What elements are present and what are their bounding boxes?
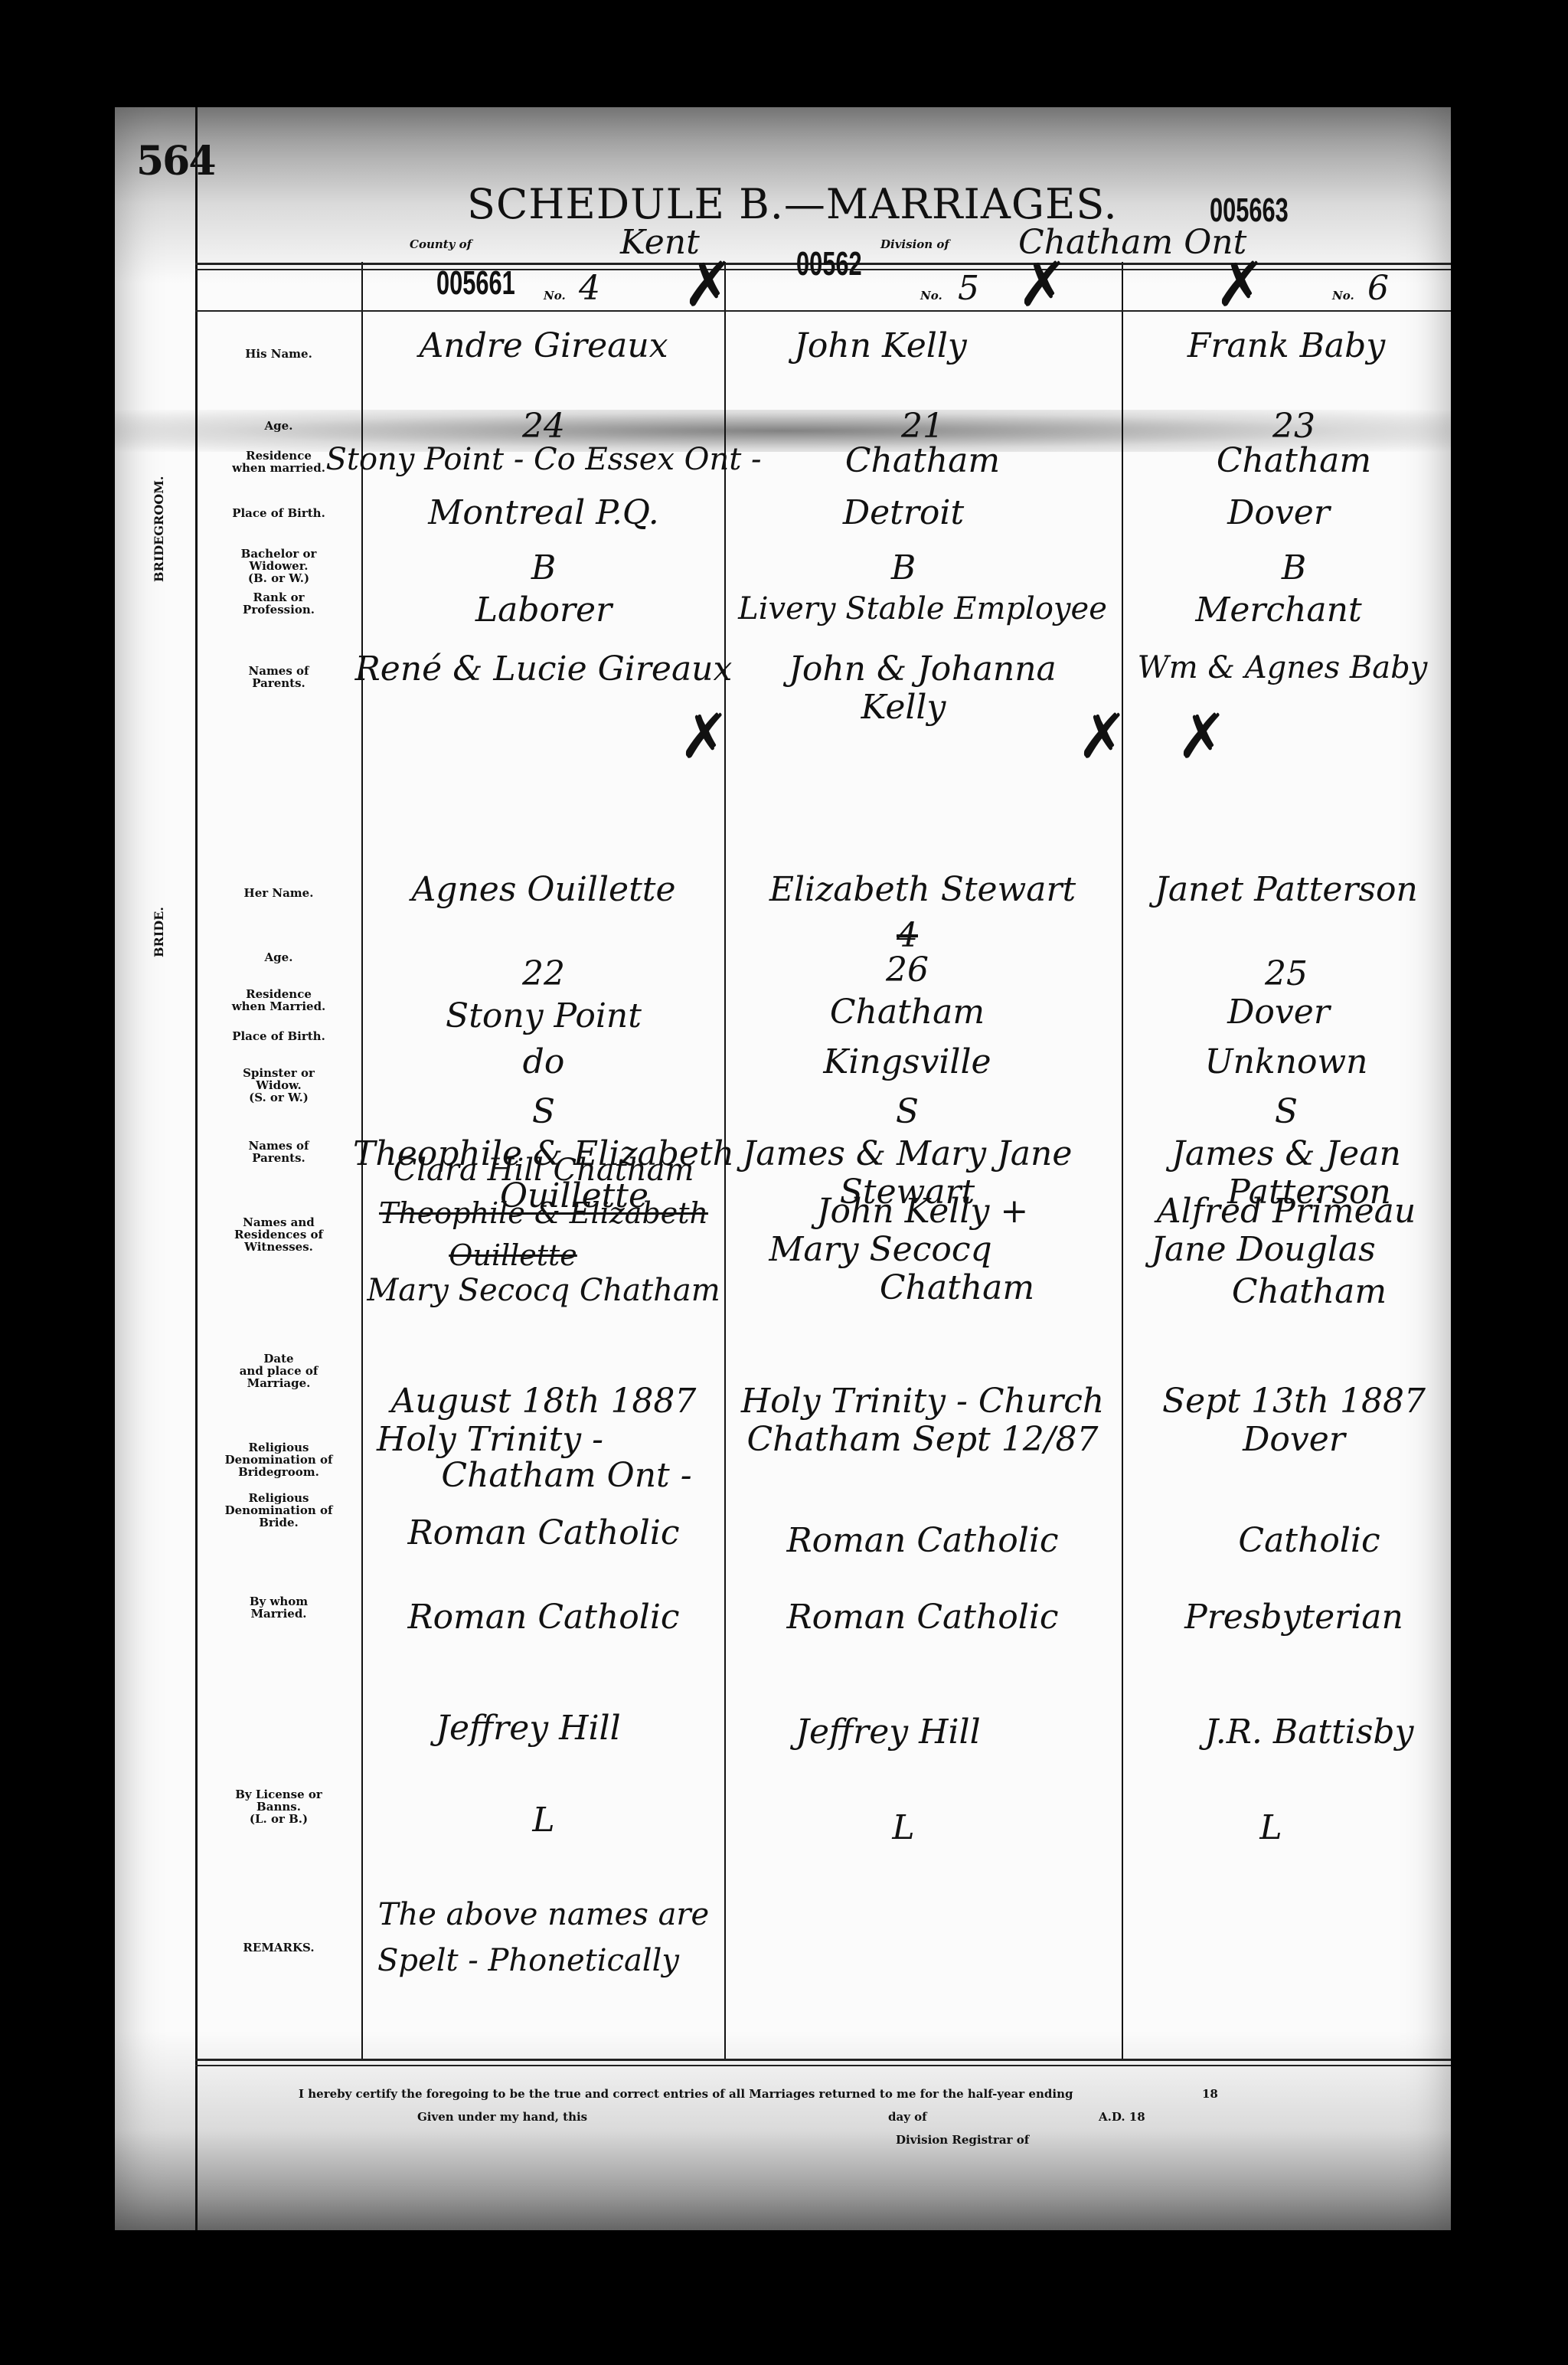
no-label-1: No. bbox=[544, 289, 566, 303]
r2-bride-status: S bbox=[896, 1095, 919, 1129]
r1-date-3: Chatham Ont - bbox=[441, 1459, 691, 1493]
check-mark-3: ✗ bbox=[1214, 249, 1266, 320]
r1-bride-religion: Roman Catholic bbox=[407, 1601, 679, 1634]
column-rule-2 bbox=[1122, 262, 1123, 2059]
r1-groom-residence: Stony Point - Co Essex Ont - bbox=[325, 444, 761, 475]
r3-her-name: Janet Patterson bbox=[1155, 873, 1418, 907]
r1-date-1: August 18th 1887 bbox=[391, 1385, 697, 1418]
r2-her-name: Elizabeth Stewart bbox=[769, 873, 1076, 907]
r1-groom-status: B bbox=[531, 551, 556, 585]
r1-her-name: Agnes Ouillette bbox=[412, 873, 676, 907]
r3-bride-parents-1: James & Jean bbox=[1171, 1137, 1401, 1171]
record-no-2: 5 bbox=[958, 272, 979, 306]
register-page: 564 SCHEDULE B.—MARRIAGES. 005663 County… bbox=[115, 107, 1451, 2230]
footer-year-suffix: 18 bbox=[1202, 2087, 1218, 2101]
r3-date-1: Sept 13th 1887 bbox=[1162, 1385, 1426, 1418]
r2-his-name: John Kelly bbox=[794, 329, 967, 363]
r2-check-mark: ✗ bbox=[1076, 701, 1128, 772]
page-discoloration-bottom bbox=[115, 2031, 1451, 2230]
r2-groom-parents-2: Kelly bbox=[861, 691, 946, 725]
r3-his-name: Frank Baby bbox=[1187, 329, 1385, 363]
r3-groom-status: B bbox=[1282, 551, 1306, 585]
r2-bride-residence: Chatham bbox=[830, 996, 985, 1029]
division-label: Division of bbox=[880, 237, 949, 251]
r2-witness-3: Chatham bbox=[880, 1271, 1034, 1305]
r3-bride-status: S bbox=[1275, 1095, 1298, 1129]
r3-groom-birthplace: Dover bbox=[1227, 496, 1330, 530]
r3-groom-religion: Catholic bbox=[1238, 1524, 1380, 1558]
r3-groom-parents: Wm & Agnes Baby bbox=[1138, 653, 1428, 683]
r1-witness-struck-1: Theophile & Elizabeth bbox=[379, 1199, 708, 1228]
r2-license: L bbox=[892, 1811, 914, 1845]
r1-witness-2: Mary Secocq Chatham bbox=[367, 1275, 720, 1306]
r3-witness-3: Chatham bbox=[1232, 1275, 1387, 1309]
r3-witness-2: Jane Douglas bbox=[1151, 1233, 1375, 1267]
r2-witness-1: John Kelly + bbox=[817, 1195, 1028, 1228]
page-number: 564 bbox=[136, 138, 215, 185]
left-margin-rule bbox=[195, 107, 198, 2230]
record-no-1: 4 bbox=[579, 272, 600, 306]
r1-groom-age: 24 bbox=[522, 410, 565, 443]
section-label-bride: BRIDE. bbox=[152, 907, 166, 957]
page-title: SCHEDULE B.—MARRIAGES. bbox=[467, 180, 1118, 228]
r1-remarks-2: Spelt - Phonetically bbox=[377, 1945, 679, 1976]
check-mark-2: ✗ bbox=[1017, 249, 1068, 320]
r1-officiant: Jeffrey Hill bbox=[436, 1712, 620, 1745]
r2-date-1: Holy Trinity - Church bbox=[741, 1385, 1104, 1418]
r1-groom-religion: Roman Catholic bbox=[407, 1516, 679, 1550]
r2-groom-religion: Roman Catholic bbox=[786, 1524, 1058, 1558]
r2-bride-parents-1: James & Mary Jane bbox=[743, 1137, 1073, 1171]
r1-groom-profession: Laborer bbox=[475, 594, 612, 627]
r2-bride-age-struck: 4 bbox=[897, 919, 918, 953]
r2-bride-age: 26 bbox=[886, 954, 929, 987]
serial-number-2: 00562 bbox=[796, 245, 862, 283]
r3-groom-age: 23 bbox=[1272, 410, 1315, 443]
r2-groom-residence: Chatham bbox=[845, 444, 1000, 478]
r1-remarks-1: The above names are bbox=[378, 1899, 709, 1930]
footer-certify: I hereby certify the foregoing to be the… bbox=[299, 2087, 1073, 2101]
r1-witness-1: Clara Hill Chatham bbox=[394, 1155, 694, 1186]
section-label-bridegroom: BRIDEGROOM. bbox=[152, 476, 166, 583]
r2-groom-status: B bbox=[891, 551, 916, 585]
r3-bride-residence: Dover bbox=[1227, 996, 1330, 1029]
r1-witness-struck-2: Ouillette bbox=[449, 1241, 577, 1270]
r3-bride-religion: Presbyterian bbox=[1184, 1601, 1403, 1634]
r2-groom-profession: Livery Stable Employee bbox=[738, 594, 1107, 624]
r3-bride-age: 25 bbox=[1265, 957, 1308, 991]
r3-license: L bbox=[1259, 1811, 1282, 1845]
no-label-3: No. bbox=[1332, 289, 1354, 303]
r1-groom-birthplace: Montreal P.Q. bbox=[428, 496, 658, 530]
footer-registrar: Division Registrar of bbox=[896, 2133, 1029, 2147]
r1-his-name: Andre Gireaux bbox=[419, 329, 668, 363]
table-bottom-rule-2 bbox=[195, 2065, 1451, 2066]
footer-ad: A.D. 18 bbox=[1099, 2110, 1145, 2124]
r1-bride-residence: Stony Point bbox=[446, 999, 642, 1033]
r3-bride-birthplace: Unknown bbox=[1205, 1045, 1368, 1079]
r3-date-2: Dover bbox=[1243, 1423, 1345, 1457]
footer-given: Given under my hand, this bbox=[417, 2110, 587, 2124]
r2-officiant: Jeffrey Hill bbox=[795, 1716, 980, 1749]
record-no-3: 6 bbox=[1367, 272, 1389, 306]
no-label-2: No. bbox=[920, 289, 942, 303]
r2-bride-birthplace: Kingsville bbox=[823, 1045, 991, 1079]
r1-check-mark: ✗ bbox=[678, 701, 730, 772]
r3-check-mark: ✗ bbox=[1176, 701, 1227, 772]
table-bottom-rule bbox=[195, 2059, 1451, 2061]
r1-date-2: Holy Trinity - bbox=[377, 1423, 603, 1457]
footer-day-of: day of bbox=[888, 2110, 927, 2124]
r2-groom-parents-1: John & Johanna bbox=[789, 653, 1057, 686]
r1-bride-status: S bbox=[532, 1095, 555, 1129]
r2-bride-religion: Roman Catholic bbox=[786, 1601, 1058, 1634]
r1-groom-parents: René & Lucie Gireaux bbox=[355, 653, 733, 686]
r3-officiant: J.R. Battisby bbox=[1205, 1716, 1414, 1749]
check-mark-1: ✗ bbox=[682, 249, 733, 320]
r3-witness-1: Alfred Primeau bbox=[1157, 1195, 1416, 1228]
r2-date-2: Chatham Sept 12/87 bbox=[746, 1423, 1098, 1457]
r2-witness-2: Mary Secocq bbox=[769, 1233, 991, 1267]
serial-number-1: 005661 bbox=[436, 264, 515, 303]
r2-groom-birthplace: Detroit bbox=[843, 496, 964, 530]
r1-bride-age: 22 bbox=[522, 957, 565, 991]
r2-groom-age: 21 bbox=[901, 410, 944, 443]
r1-license: L bbox=[532, 1804, 554, 1837]
r3-groom-residence: Chatham bbox=[1217, 444, 1371, 478]
county-label: County of bbox=[410, 237, 472, 251]
r1-bride-birthplace: do bbox=[523, 1045, 565, 1079]
r3-groom-profession: Merchant bbox=[1195, 594, 1361, 627]
